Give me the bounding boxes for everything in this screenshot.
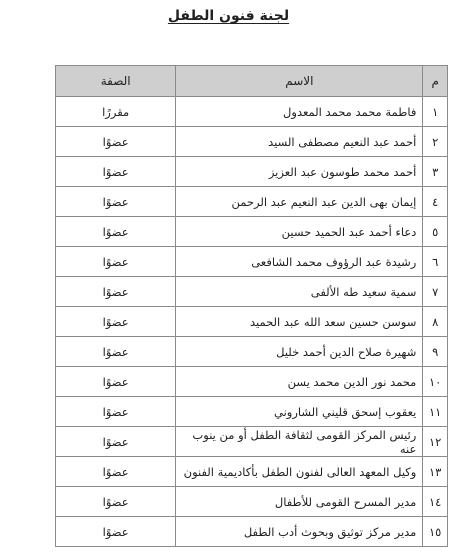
row-num: ٢	[423, 127, 448, 157]
row-role: عضوًا	[56, 187, 176, 217]
row-num: ١	[423, 97, 448, 127]
row-name: يعقوب إسحق قليني الشاروني	[176, 397, 423, 427]
table-row: ١٥ مدير مركز توثيق وبحوث أدب الطفل عضوًا	[56, 517, 448, 547]
row-num: ٦	[423, 247, 448, 277]
row-role: عضوًا	[56, 457, 176, 487]
header-name: الاسم	[176, 66, 423, 97]
row-role: عضوًا	[56, 157, 176, 187]
row-name: إيمان بهى الدين عبد النعيم عبد الرحمن	[176, 187, 423, 217]
table-row: ١٠ محمد نور الدين محمد يسن عضوًا	[56, 367, 448, 397]
row-num: ١٢	[423, 427, 448, 457]
row-num: ٤	[423, 187, 448, 217]
table-row: ١٢ رئيس المركز القومى لثقافة الطفل أو من…	[56, 427, 448, 457]
title-text: لجنة فنون الطفل	[168, 8, 289, 24]
row-role: عضوًا	[56, 217, 176, 247]
row-role: عضوًا	[56, 277, 176, 307]
header-role: الصفة	[56, 66, 176, 97]
table-body: ١ فاطمة محمد محمد المعدول مقررًا ٢ أحمد …	[56, 97, 448, 547]
row-role: عضوًا	[56, 427, 176, 457]
row-num: ٩	[423, 337, 448, 367]
page-title: لجنة فنون الطفل	[0, 8, 457, 24]
table-row: ٧ سمية سعيد طه الألفى عضوًا	[56, 277, 448, 307]
table-header: م الاسم الصفة	[56, 66, 448, 97]
table-row: ١٣ وكيل المعهد العالى لفنون الطفل بأكادي…	[56, 457, 448, 487]
header-num: م	[423, 66, 448, 97]
table-row: ١٤ مدير المسرح القومى للأطفال عضوًا	[56, 487, 448, 517]
table-row: ٨ سوسن حسين سعد الله عبد الحميد عضوًا	[56, 307, 448, 337]
row-name: شهيرة صلاح الدين أحمد خليل	[176, 337, 423, 367]
row-name: سوسن حسين سعد الله عبد الحميد	[176, 307, 423, 337]
row-num: ١٠	[423, 367, 448, 397]
row-role: عضوًا	[56, 397, 176, 427]
row-num: ٣	[423, 157, 448, 187]
row-name: محمد نور الدين محمد يسن	[176, 367, 423, 397]
row-name: رئيس المركز القومى لثقافة الطفل أو من ين…	[176, 427, 423, 457]
table-row: ٤ إيمان بهى الدين عبد النعيم عبد الرحمن …	[56, 187, 448, 217]
row-num: ٧	[423, 277, 448, 307]
row-role: عضوًا	[56, 307, 176, 337]
table-row: ٣ أحمد محمد طوسون عبد العزيز عضوًا	[56, 157, 448, 187]
row-num: ٨	[423, 307, 448, 337]
row-name: وكيل المعهد العالى لفنون الطفل بأكاديمية…	[176, 457, 423, 487]
row-name: أحمد محمد طوسون عبد العزيز	[176, 157, 423, 187]
row-num: ١٣	[423, 457, 448, 487]
row-num: ٥	[423, 217, 448, 247]
row-name: مدير مركز توثيق وبحوث أدب الطفل	[176, 517, 423, 547]
committee-table: م الاسم الصفة ١ فاطمة محمد محمد المعدول …	[55, 65, 448, 547]
table-row: ٢ أحمد عبد النعيم مصطفى السيد عضوًا	[56, 127, 448, 157]
row-role: عضوًا	[56, 367, 176, 397]
row-name: مدير المسرح القومى للأطفال	[176, 487, 423, 517]
row-role: عضوًا	[56, 127, 176, 157]
row-name: رشيدة عبد الرؤوف محمد الشافعى	[176, 247, 423, 277]
row-role: عضوًا	[56, 337, 176, 367]
table-row: ٩ شهيرة صلاح الدين أحمد خليل عضوًا	[56, 337, 448, 367]
table-row: ١١ يعقوب إسحق قليني الشاروني عضوًا	[56, 397, 448, 427]
row-name: سمية سعيد طه الألفى	[176, 277, 423, 307]
header-row: م الاسم الصفة	[56, 66, 448, 97]
row-num: ١٤	[423, 487, 448, 517]
row-role: عضوًا	[56, 517, 176, 547]
row-num: ١١	[423, 397, 448, 427]
row-role: عضوًا	[56, 247, 176, 277]
row-role: عضوًا	[56, 487, 176, 517]
row-name: دعاء أحمد عبد الحميد حسين	[176, 217, 423, 247]
row-name: أحمد عبد النعيم مصطفى السيد	[176, 127, 423, 157]
table-row: ٥ دعاء أحمد عبد الحميد حسين عضوًا	[56, 217, 448, 247]
row-num: ١٥	[423, 517, 448, 547]
row-name: فاطمة محمد محمد المعدول	[176, 97, 423, 127]
row-role: مقررًا	[56, 97, 176, 127]
table-row: ١ فاطمة محمد محمد المعدول مقررًا	[56, 97, 448, 127]
table-row: ٦ رشيدة عبد الرؤوف محمد الشافعى عضوًا	[56, 247, 448, 277]
